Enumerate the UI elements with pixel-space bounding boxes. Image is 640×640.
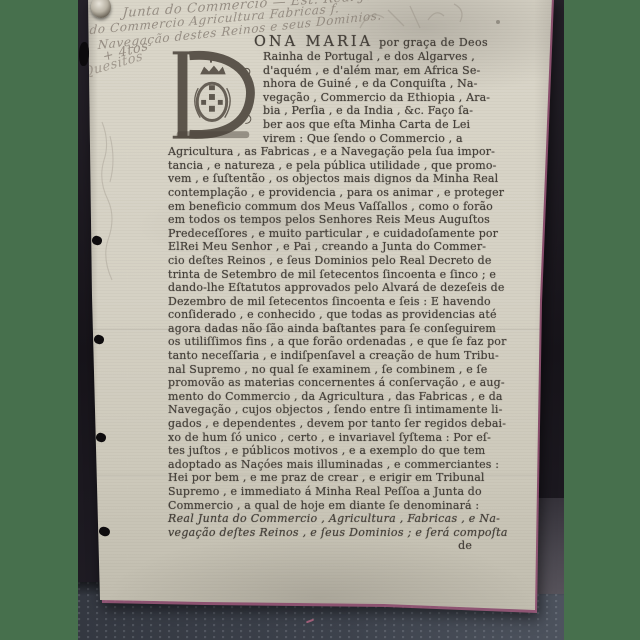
- text-line: em todos os tempos pelos Senhores Reis M…: [168, 213, 484, 227]
- text-line: contemplação , e providencia , para os a…: [168, 186, 484, 200]
- text-line: Commercio , a qual de hoje em diante ſe …: [168, 499, 484, 513]
- edge-damage: [79, 42, 89, 66]
- text-line: mento do Commercio , da Agricultura , da…: [168, 390, 484, 404]
- text-line: Navegação , cujos objectos , ſendo entre…: [168, 403, 484, 417]
- text-line: Supremo , e immediato á Minha Real Peſſo…: [168, 485, 484, 499]
- text-line: Agricultura , as Fabricas , e a Navegaçã…: [168, 145, 484, 159]
- text-line: vegação deſtes Reinos , e ſeus Dominios …: [168, 526, 484, 540]
- text-line: Predeceſſores , e muito particular , e c…: [168, 227, 484, 241]
- dropcap-initial-d: [162, 45, 258, 147]
- text-line: gados , e dependentes , devem por tanto …: [168, 417, 484, 431]
- catchword: de: [168, 539, 484, 553]
- opening-caps: ONA MARIA: [254, 34, 373, 50]
- text-line: dando-lhe Eſtatutos approvados pelo Alva…: [168, 281, 484, 295]
- text-line: Dezembro de mil ſetecentos ſincoenta e ſ…: [168, 295, 484, 309]
- text-line: vem , e ſuſtentão , os objectos mais dig…: [168, 172, 484, 186]
- italic-title-lines: Real Junta do Commercio , Agricultura , …: [168, 512, 484, 539]
- text-line: ElRei Meu Senhor , e Pai , creando a Jun…: [168, 240, 484, 254]
- text-line: os utiliſſimos fins , a que forão ordena…: [168, 335, 484, 349]
- text-line: xo de hum ſó unico , certo , e invariave…: [168, 431, 484, 445]
- text-line: tancia , e natureza , e pela pública uti…: [168, 159, 484, 173]
- paper-surface: Junta do Commercio — Est. Real Junta do …: [84, 0, 556, 616]
- opening-rest: por graça de Deos: [373, 36, 488, 49]
- text-line: agora dadas não ſão ainda baſtantes para…: [168, 322, 484, 336]
- text-line: trinta de Setembro de mil ſetecentos ſin…: [168, 268, 484, 282]
- text-line: cio deſtes Reinos , e ſeus Dominios pelo…: [168, 254, 484, 268]
- printed-text-block: ONA MARIApor graça de Deos Rainha de Por…: [168, 34, 484, 553]
- text-line: nal Supremo , no qual ſe examinem , ſe c…: [168, 363, 484, 377]
- paper-sheet: Junta do Commercio — Est. Real Junta do …: [84, 0, 556, 616]
- document-photo: Junta do Commercio — Est. Real Junta do …: [78, 0, 564, 640]
- text-line: Hei por bem , e me praz de crear , e eri…: [168, 471, 484, 485]
- text-line: conſiderado , e conhecido , que todas as…: [168, 308, 484, 322]
- text-line: em beneficio commum dos Meus Vaſſallos ,…: [168, 200, 484, 214]
- body-lines: Agricultura , as Fabricas , e a Navegaçã…: [168, 145, 484, 512]
- text-line: adoptado as Naçóes mais illuminadas , e …: [168, 458, 484, 472]
- screenshot-root: { "colors": { "page_background": "#47704…: [0, 0, 640, 640]
- text-line: promovão as materias concernentes á conſ…: [168, 376, 484, 390]
- text-line: tanto neceſſaria , e indiſpenſavel a cre…: [168, 349, 484, 363]
- text-line: Real Junta do Commercio , Agricultura , …: [168, 512, 484, 526]
- pencil-scribble: [88, 116, 118, 286]
- text-line: tes juſtos , e públicos motivos , e a ex…: [168, 444, 484, 458]
